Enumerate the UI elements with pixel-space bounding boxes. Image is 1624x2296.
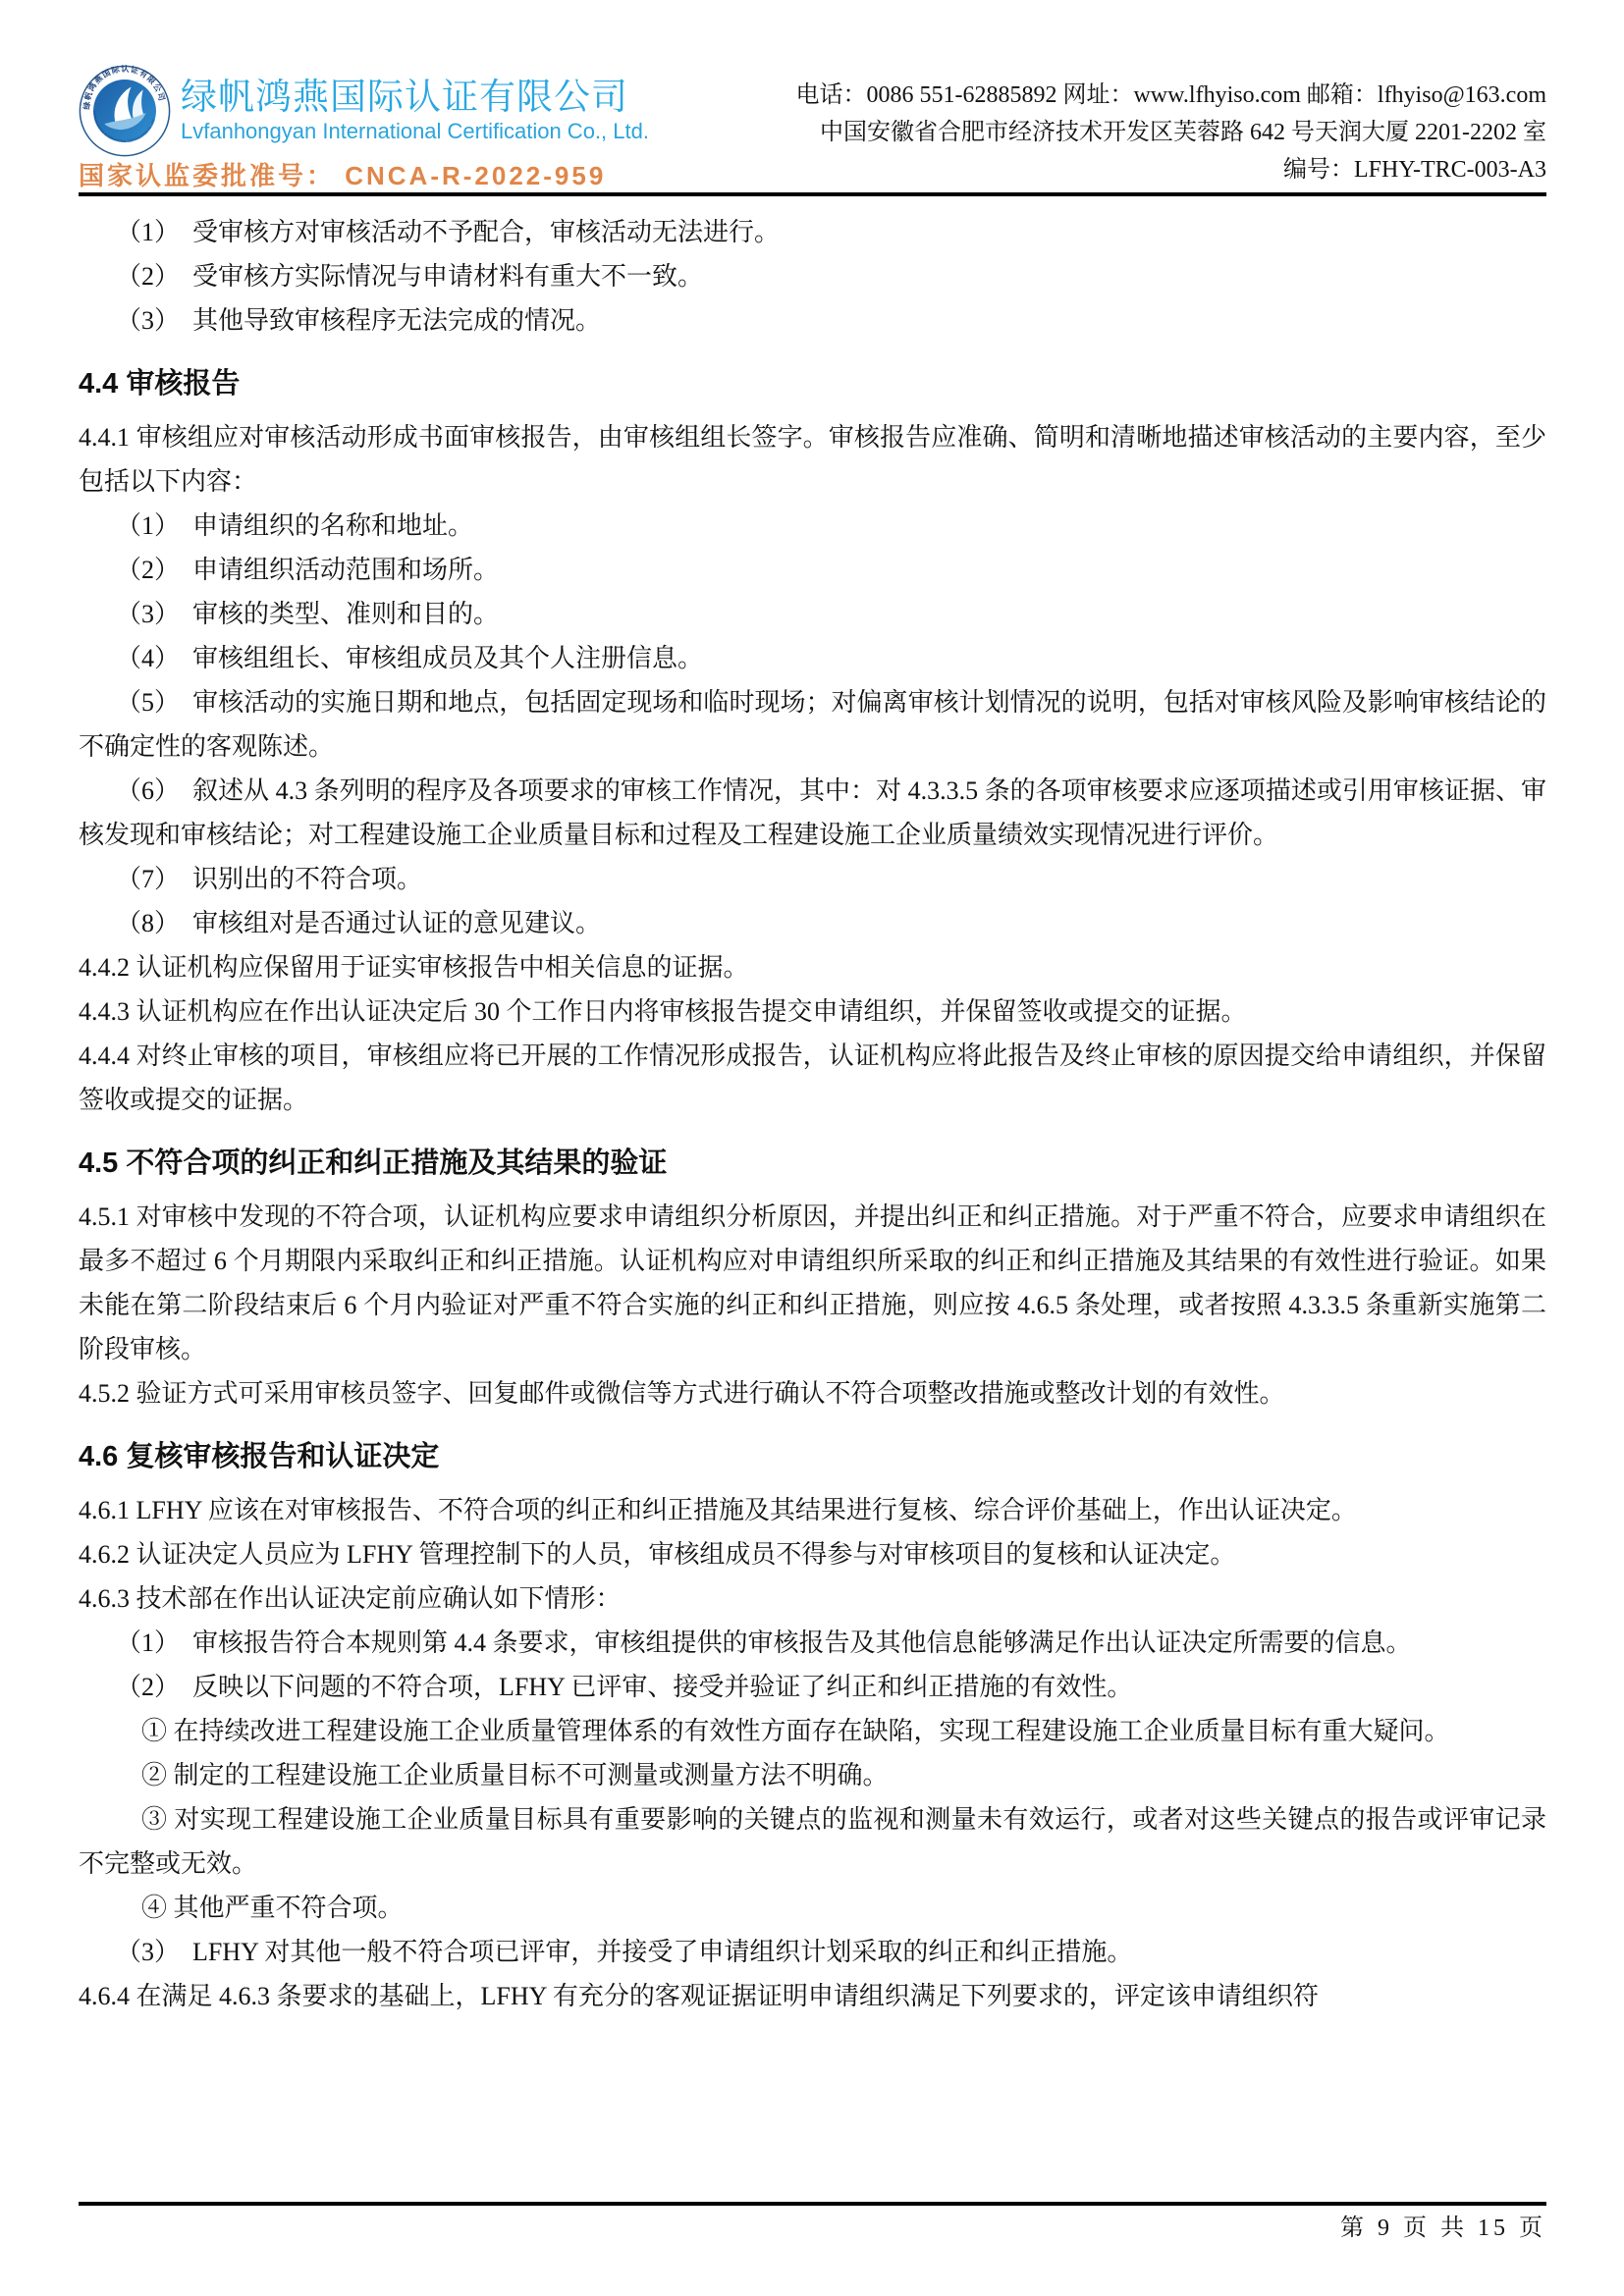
paragraph: （2） 反映以下问题的不符合项，LFHY 已评审、接受并验证了纠正和纠正措施的有… xyxy=(79,1665,1546,1709)
company-logo-icon: 绿帆鸿燕国际认证有限公司 LVFANHONGYAN INTERNATIONAL … xyxy=(79,65,171,157)
paragraph: （3） 其他导致审核程序无法完成的情况。 xyxy=(79,298,1546,343)
paragraph: 4.4.3 认证机构应在作出认证决定后 30 个工作日内将审核报告提交申请组织，… xyxy=(79,989,1546,1034)
section-heading: 4.5 不符合项的纠正和纠正措施及其结果的验证 xyxy=(79,1142,1546,1185)
paragraph: 4.6.3 技术部在作出认证决定前应确认如下情形： xyxy=(79,1576,1546,1621)
paragraph: 4.6.1 LFHY 应该在对审核报告、不符合项的纠正和纠正措施及其结果进行复核… xyxy=(79,1488,1546,1532)
paragraph: ④ 其他严重不符合项。 xyxy=(79,1886,1546,1930)
paragraph: （2） 申请组织活动范围和场所。 xyxy=(79,548,1546,592)
paragraph: 4.4.1 审核组应对审核活动形成书面审核报告，由审核组组长签字。审核报告应准确… xyxy=(79,415,1546,504)
paragraph: （1） 审核报告符合本规则第 4.4 条要求，审核组提供的审核报告及其他信息能够… xyxy=(79,1621,1546,1665)
header-left-block: 绿帆鸿燕国际认证有限公司 LVFANHONGYAN INTERNATIONAL … xyxy=(79,65,649,192)
company-name-cn: 绿帆鸿燕国际认证有限公司 xyxy=(181,77,649,118)
paragraph: 4.6.2 认证决定人员应为 LFHY 管理控制下的人员，审核组成员不得参与对审… xyxy=(79,1532,1546,1576)
address-line: 中国安徽省合肥市经济技术开发区芙蓉路 642 号天润大厦 2201-2202 室 xyxy=(795,114,1546,151)
company-name-block: 绿帆鸿燕国际认证有限公司 Lvfanhongyan International … xyxy=(181,77,649,145)
paragraph: 4.4.4 对终止审核的项目，审核组应将已开展的工作情况形成报告，认证机构应将此… xyxy=(79,1034,1546,1122)
paragraph: ③ 对实现工程建设施工企业质量目标具有重要影响的关键点的监视和测量未有效运行，或… xyxy=(79,1797,1546,1886)
paragraph: （8） 审核组对是否通过认证的意见建议。 xyxy=(79,901,1546,945)
paragraph: 4.4.2 认证机构应保留用于证实审核报告中相关信息的证据。 xyxy=(79,945,1546,989)
paragraph: （3） 审核的类型、准则和目的。 xyxy=(79,592,1546,636)
paragraph: （1） 申请组织的名称和地址。 xyxy=(79,504,1546,548)
header-contact-block: 电话：0086 551-62885892 网址：www.lfhyiso.com … xyxy=(795,77,1546,192)
section-heading: 4.4 审核报告 xyxy=(79,362,1546,405)
paragraph: （6） 叙述从 4.3 条列明的程序及各项要求的审核工作情况，其中：对 4.3.… xyxy=(79,769,1546,857)
paragraph: （1） 受审核方对审核活动不予配合，审核活动无法进行。 xyxy=(79,210,1546,254)
paragraph: ② 制定的工程建设施工企业质量目标不可测量或测量方法不明确。 xyxy=(79,1753,1546,1797)
paragraph: （7） 识别出的不符合项。 xyxy=(79,857,1546,901)
paragraph: （3） LFHY 对其他一般不符合项已评审，并接受了申请组织计划采取的纠正和纠正… xyxy=(79,1930,1546,1974)
paragraph: 4.5.2 验证方式可采用审核员签字、回复邮件或微信等方式进行确认不符合项整改措… xyxy=(79,1371,1546,1415)
document-body: （1） 受审核方对审核活动不予配合，审核活动无法进行。（2） 受审核方实际情况与… xyxy=(79,210,1546,2018)
document-footer: 第 9 页 共 15 页 xyxy=(79,2202,1546,2245)
paragraph: （5） 审核活动的实施日期和地点，包括固定现场和临时现场；对偏离审核计划情况的说… xyxy=(79,680,1546,769)
doc-number: 编号：LFHY-TRC-003-A3 xyxy=(795,151,1546,188)
logo-row: 绿帆鸿燕国际认证有限公司 LVFANHONGYAN INTERNATIONAL … xyxy=(79,65,649,157)
paragraph: （2） 受审核方实际情况与申请材料有重大不一致。 xyxy=(79,254,1546,298)
section-heading: 4.6 复核审核报告和认证决定 xyxy=(79,1435,1546,1478)
document-page: 绿帆鸿燕国际认证有限公司 LVFANHONGYAN INTERNATIONAL … xyxy=(0,0,1624,2296)
paragraph: （4） 审核组组长、审核组成员及其个人注册信息。 xyxy=(79,636,1546,680)
paragraph: 4.5.1 对审核中发现的不符合项，认证机构应要求申请组织分析原因，并提出纠正和… xyxy=(79,1195,1546,1371)
document-header: 绿帆鸿燕国际认证有限公司 LVFANHONGYAN INTERNATIONAL … xyxy=(79,49,1546,196)
page-number: 第 9 页 共 15 页 xyxy=(79,2212,1546,2245)
paragraph: 4.6.4 在满足 4.6.3 条要求的基础上，LFHY 有充分的客观证据证明申… xyxy=(79,1974,1546,2018)
company-name-en: Lvfanhongyan International Certification… xyxy=(181,118,649,145)
contact-line: 电话：0086 551-62885892 网址：www.lfhyiso.com … xyxy=(795,77,1546,114)
approval-number: 国家认监委批准号： CNCA-R-2022-959 xyxy=(79,159,649,192)
paragraph: ① 在持续改进工程建设施工企业质量管理体系的有效性方面存在缺陷，实现工程建设施工… xyxy=(79,1709,1546,1753)
